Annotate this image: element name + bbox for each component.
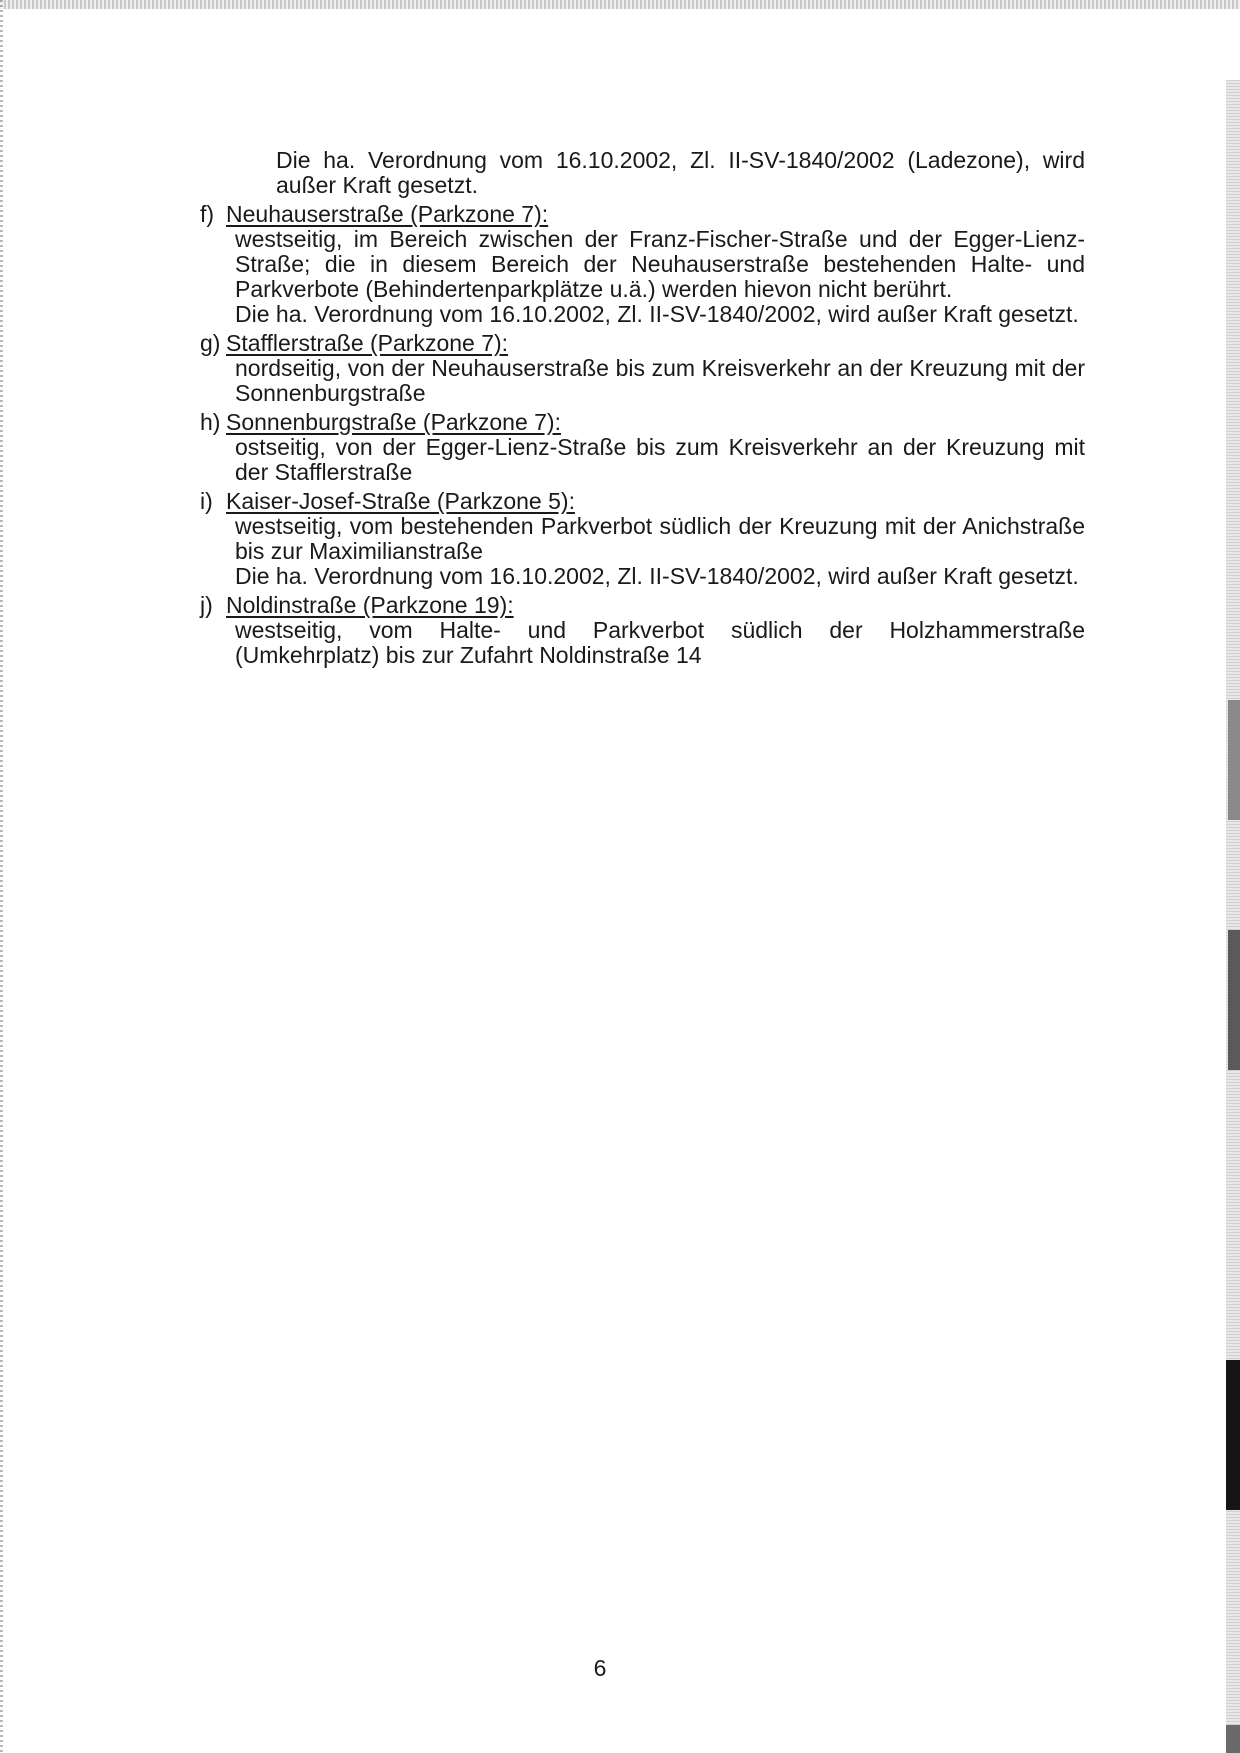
scan-artifact	[1226, 1725, 1240, 1753]
section-i: i)Kaiser-Josef-Straße (Parkzone 5): west…	[200, 487, 1085, 589]
section-paragraph: ostseitig, von der Egger-Lienz-Straße bi…	[235, 435, 1085, 485]
section-heading: f)Neuhauserstraße (Parkzone 7):	[200, 202, 548, 227]
section-f: f)Neuhauserstraße (Parkzone 7): westseit…	[200, 200, 1085, 327]
section-paragraph: Die ha. Verordnung vom 16.10.2002, Zl. I…	[235, 564, 1085, 589]
page-number: 6	[0, 1655, 1200, 1682]
section-heading: j)Noldinstraße (Parkzone 19):	[200, 593, 514, 618]
intro-paragraph: Die ha. Verordnung vom 16.10.2002, Zl. I…	[276, 148, 1085, 198]
section-paragraph: westseitig, vom bestehenden Parkverbot s…	[235, 514, 1085, 564]
section-h: h)Sonnenburgstraße (Parkzone 7): ostseit…	[200, 408, 1085, 485]
section-paragraph: westseitig, vom Halte- und Parkverbot sü…	[235, 618, 1085, 668]
document-body: Die ha. Verordnung vom 16.10.2002, Zl. I…	[200, 148, 1085, 670]
scan-border-left	[0, 0, 3, 1753]
section-paragraph: westseitig, im Bereich zwischen der Fran…	[235, 227, 1085, 302]
section-paragraph: nordseitig, von der Neuhauserstraße bis …	[235, 356, 1085, 406]
scan-artifact	[1228, 930, 1240, 1070]
section-j: j)Noldinstraße (Parkzone 19): westseitig…	[200, 591, 1085, 668]
section-g: g)Stafflerstraße (Parkzone 7): nordseiti…	[200, 329, 1085, 406]
section-heading: g)Stafflerstraße (Parkzone 7):	[200, 331, 508, 356]
scan-artifact	[1226, 1360, 1240, 1510]
scan-border-top	[0, 0, 1240, 9]
section-paragraph: Die ha. Verordnung vom 16.10.2002, Zl. I…	[235, 302, 1085, 327]
section-heading: i)Kaiser-Josef-Straße (Parkzone 5):	[200, 489, 575, 514]
scan-border-right	[1226, 80, 1240, 1753]
scan-artifact	[1228, 700, 1240, 820]
section-heading: h)Sonnenburgstraße (Parkzone 7):	[200, 410, 561, 435]
